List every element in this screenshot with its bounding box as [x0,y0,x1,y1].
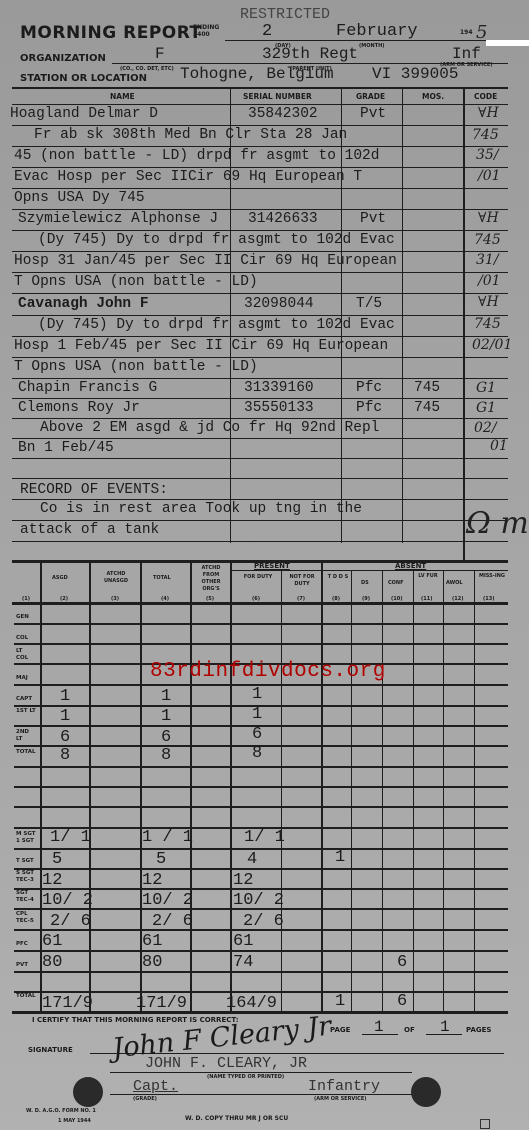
sgt-for-duty: 10/ 2 [233,891,284,910]
row-line [12,167,508,168]
remark-line: T Opns USA (non battle - LD) [14,359,258,375]
pvt-for-duty: 74 [233,953,253,972]
mos: 745 [414,400,440,416]
col-not-for-duty: NOT FOR DUTY [284,574,320,588]
binder-hole-right [411,1077,441,1107]
classification-stamp: RESTRICTED [240,6,330,23]
grade: Pvt [360,106,386,122]
code: /01 [478,273,501,289]
report-month: February [336,22,418,41]
grade-line [110,1094,412,1095]
col-total: TOTAL [153,575,171,581]
officer-total-asgd: 8 [60,746,70,765]
strength-col-line [382,570,383,1012]
cpl-for-duty: 2/ 6 [243,912,284,931]
row-line [12,188,508,189]
checkbox[interactable] [480,1119,490,1129]
roster-col-divider-4 [463,88,465,560]
remark-line: Opns USA Dy 745 [14,190,145,206]
row-line [12,378,508,379]
station-value: Tohogne, Belgium [180,65,334,83]
tsgt-for-duty: 4 [247,850,257,869]
row-label-col: COL [16,635,28,642]
code: ∀H [478,210,499,226]
company-caption: (CO., CO. DET, ETC) [120,66,174,72]
events-line-1: Co is in rest area Took up tng in the [40,501,362,517]
col-header-code: CODE [474,92,497,101]
company-value: F [155,45,165,63]
enlisted-total-conf: 6 [397,992,407,1011]
enlisted-total-for-duty: 164/9 [226,994,277,1013]
soldier-name: Hoagland Delmar D [10,106,158,122]
code: 01 [490,438,508,454]
row-line [12,499,508,500]
row-line [12,458,508,459]
col-tdds: T D D S [327,574,349,581]
form-title: MORNING REPORT [20,23,202,43]
ssgt-total: 12 [142,871,162,890]
row-line [12,293,508,294]
row-label-capt: CAPT [16,696,32,703]
msgt-total: 1 / 1 [142,828,193,847]
page-label: PAGE [330,1026,350,1034]
parent-unit-value: 329th Regt [262,45,358,63]
code: /01 [478,168,501,184]
col-asgd: ASGD [52,575,68,581]
grade: T/5 [356,296,382,312]
row-line [12,357,508,358]
code: 745 [474,232,501,248]
officer-total-total: 8 [161,746,171,765]
capt-asgd: 1 [60,687,70,706]
strength-col-line [443,570,444,1012]
pvt-conf: 6 [397,953,407,972]
row-line [12,418,508,419]
code: G1 [476,380,496,396]
row-label-enlisted-total: TOTAL [16,993,38,1000]
row-line [14,786,508,788]
msgt-for-duty: 1/ 1 [244,828,285,847]
remark-line: Hosp 1 Feb/45 per Sec II Cir 69 Hq Europ… [14,338,388,354]
col-header-serial: SERIAL NUMBER [243,92,312,101]
enlisted-total-asgd: 171/9 [42,994,93,1013]
arm-caption: (ARM OR SERVICE) [314,1096,367,1102]
1st-lt-for-duty: 1 [252,705,262,724]
organization-label: ORGANIZATION [20,53,106,64]
form-number: W. D. A.G.O. FORM NO. 1 [26,1108,96,1114]
row-line [12,520,508,521]
col-header-name: NAME [110,92,135,101]
report-day: 2 [262,22,272,41]
pvt-asgd: 80 [42,953,62,972]
initials-scribble: Ω m [466,506,529,541]
pvt-total: 80 [142,953,162,972]
officer-total-for-duty: 8 [252,744,262,763]
capt-for-duty: 1 [252,685,262,704]
row-line [14,991,508,993]
row-line [14,868,508,870]
soldier-name: Clemons Roy Jr [18,400,140,416]
serial-number: 31339160 [244,380,314,396]
remark-line: (Dy 745) Dy to drpd fr asgmt to 102d Eva… [38,317,395,333]
code: 02/ [474,420,497,436]
typed-name: JOHN F. CLEARY, JR [145,1055,307,1072]
group-divider [230,570,508,571]
row-label-maj: MAJ [16,675,28,682]
capt-total: 1 [161,687,171,706]
sgt-total: 10/ 2 [142,891,193,910]
month-caption: (MONTH) [359,43,385,49]
sgt-asgd: 10/ 2 [42,891,93,910]
2nd-lt-for-duty: 6 [252,725,262,744]
col-atchd-from-other: ATCHD FROM OTHER ORG'S [193,565,229,593]
row-label-1st-lt: 1ST LT [16,708,36,715]
remark-line: T Opns USA (non battle - LD) [14,274,258,290]
remark-line: Fr ab sk 308th Med Bn Clr Sta 28 Jan [34,127,347,143]
remark-line: 45 (non battle - LD) drpd fr asgmt to 10… [14,148,379,164]
mos: 745 [414,380,440,396]
typed-name-caption: (NAME TYPED OR PRINTED) [207,1074,284,1080]
tsgt-total: 5 [156,850,166,869]
serial-number: 31426633 [248,211,318,227]
col-missing: MISS-ING [478,573,506,580]
code: 745 [474,316,501,332]
events-line-2: attack of a tank [20,522,159,538]
soldier-name: Cavanagh John F [18,296,149,312]
code: 35/ [476,147,499,163]
record-of-events-label: RECORD OF EVENTS: [20,482,168,498]
remark-line: Above 2 EM asgd & jd Co fr Hq 92nd Repl [40,420,379,436]
code: 02/01 [472,337,512,353]
col-lv-fur: LV FUR [416,573,440,580]
row-label-sgt: SGT TEC-4 [16,890,38,904]
row-line [12,438,508,439]
morning-report-document: RESTRICTED MORNING REPORT ENDING2400 2 F… [0,0,529,1130]
row-label-gen: GEN [16,614,29,621]
page-total-line [426,1034,462,1035]
row-line [12,272,508,273]
row-line [14,643,508,645]
present-group-header: PRESENT [254,562,290,570]
soldier-name: Chapin Francis G [18,380,157,396]
msgt-asgd: 1/ 1 [50,828,91,847]
pfc-total: 61 [142,932,162,951]
absent-group-header: ABSENT [395,562,426,570]
col-awol: AWOL [446,580,463,586]
of-label: OF [404,1026,415,1034]
code: G1 [476,400,496,416]
row-line [14,623,508,625]
row-line [14,766,508,768]
code: 31/ [476,252,499,268]
strength-col-line [474,570,475,1012]
strength-col-line [351,570,352,1012]
page-line [362,1034,398,1035]
serial-number: 35550133 [244,400,314,416]
strength-header-bottom [12,602,508,605]
row-line [14,950,508,952]
strength-col-line [413,570,414,1012]
col-header-grade: GRADE [356,92,385,101]
row-label-cpl: CPL TEC-5 [16,911,38,925]
station-label: STATION OR LOCATION [20,73,147,84]
row-line [14,848,508,850]
row-label-pfc: PFC [16,941,28,948]
row-label-ssgt: S SGT TEC-3 [16,870,38,884]
signature-label: SIGNATURE [28,1046,73,1054]
code: ∀H [478,294,499,310]
enlisted-total-total: 171/9 [136,994,187,1013]
row-line [12,209,508,210]
binder-hole-left [73,1077,103,1107]
col-header-mos: MOS. [422,92,444,101]
grade: Pfc [356,380,382,396]
col-conf: CONF [388,580,404,586]
row-line [12,230,508,231]
header-divider [12,87,508,89]
row-label-lt-col: LT COL [16,648,36,662]
col-ds: DS [361,580,369,586]
ending-label: ENDING2400 [193,24,219,38]
grade: Pfc [356,400,382,416]
row-label-msgt: M SGT 1 SGT [16,831,38,845]
code: 745 [472,127,499,143]
remark-line: (Dy 745) Dy to drpd fr asgmt to 102d Eva… [38,232,395,248]
pfc-for-duty: 61 [233,932,253,951]
form-date: 1 MAY 1944 [58,1118,91,1124]
row-label-pvt: PVT [16,962,28,969]
grade: Pvt [360,211,386,227]
year-prefix: 194 [460,29,473,36]
row-line [14,888,508,890]
scan-artifact [486,40,529,46]
watermark: 83rdinfdivdocs.org [150,660,386,683]
enlisted-total-tdds: 1 [335,992,345,1011]
row-line [12,541,508,542]
remark-line: Evac Hosp per Sec IICir 69 Hq European T [14,169,362,185]
remark-line: Bn 1 Feb/45 [18,440,114,456]
grid-reference: VI 399005 [372,65,458,83]
serial-number: 35842302 [248,106,318,122]
row-label-tsgt: T SGT [16,858,34,865]
typed-name-line [110,1072,412,1073]
tsgt-asgd: 5 [52,850,62,869]
signer-grade: Capt. [133,1078,178,1095]
roster-header-line [12,104,508,105]
2nd-lt-asgd: 6 [60,728,70,747]
row-line [12,398,508,399]
soldier-name: Szymielewicz Alphonse J [18,211,218,227]
serial-number: 32098044 [244,296,314,312]
row-line [12,336,508,337]
1st-lt-asgd: 1 [60,707,70,726]
copy-note: W. D. COPY THRU MR J OR SCU [185,1115,288,1122]
tsgt-tdds: 1 [335,848,345,867]
row-line [12,146,508,147]
ssgt-asgd: 12 [42,871,62,890]
row-line [12,251,508,252]
col-for-duty: FOR DUTY [240,574,276,581]
1st-lt-total: 1 [161,707,171,726]
row-line [12,478,508,479]
ssgt-for-duty: 12 [233,871,253,890]
strength-col-line [281,570,282,1012]
grade-caption: (GRADE) [133,1096,157,1102]
pfc-asgd: 61 [42,932,62,951]
row-label-officer-total: TOTAL [16,749,36,756]
row-line [12,125,508,126]
2nd-lt-total: 6 [161,728,171,747]
row-line [14,806,508,808]
col-atchd-unasgd: ATCHD UNASGD [96,571,136,585]
row-line [12,315,508,316]
cpl-total: 2/ 6 [152,912,193,931]
remark-line: Hosp 31 Jan/45 per Sec II Cir 69 Hq Euro… [14,253,397,269]
pages-label: PAGES [466,1026,491,1034]
row-label-2nd-lt: 2ND LT [16,729,36,743]
signer-arm: Infantry [308,1078,380,1095]
code: ∀H [478,105,499,121]
cpl-asgd: 2/ 6 [50,912,91,931]
arm-value: Inf [452,45,481,63]
row-line [14,971,508,973]
